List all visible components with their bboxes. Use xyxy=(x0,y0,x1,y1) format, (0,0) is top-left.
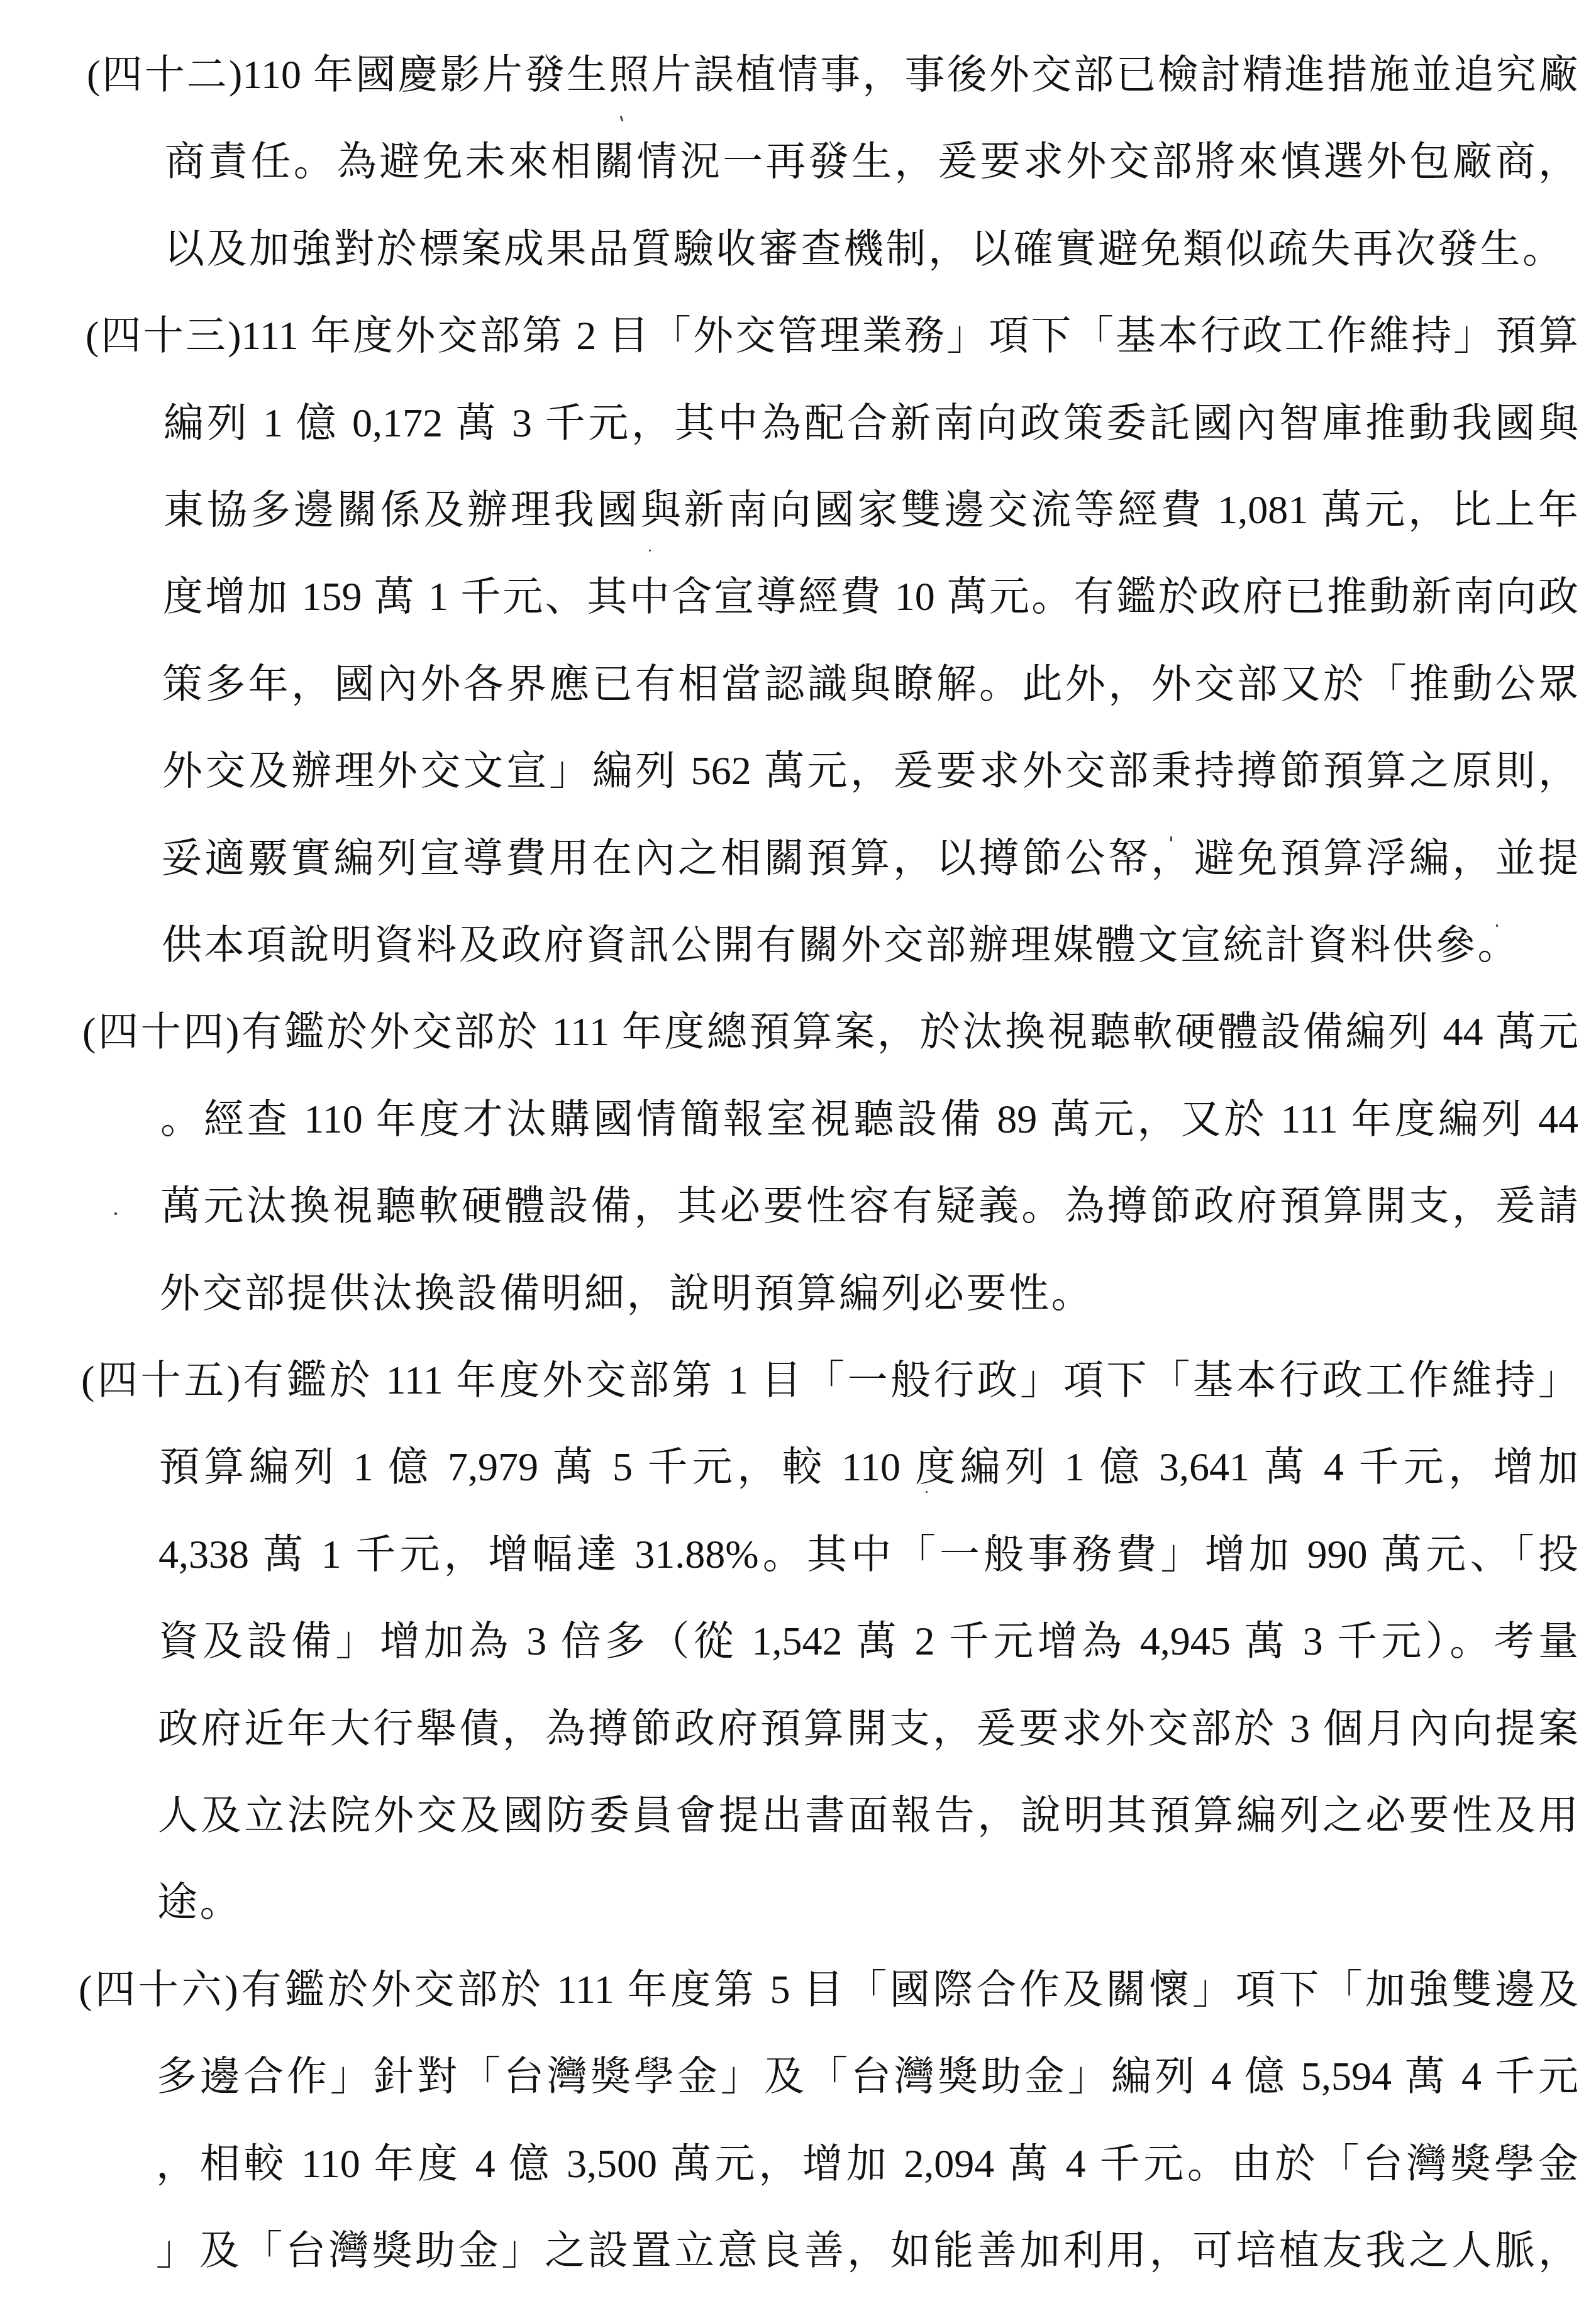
text-line: 商責任。為避免未來相關情況一再發生，爰要求外交部將來慎選外包廠商， xyxy=(165,136,1578,187)
scan-speck xyxy=(1496,924,1498,927)
text-line: 。經查 110 年度才汰購國情簡報室視聽設備 89 萬元，又於 111 年度編列… xyxy=(160,1094,1578,1145)
item-number: (四十三) xyxy=(86,313,241,358)
text-line: (四十二)110 年國慶影片發生照片誤植情事，事後外交部已檢討精進措施並追究廠 xyxy=(87,50,1578,100)
document-page: (四十二)110 年國慶影片發生照片誤植情事，事後外交部已檢討精進措施並追究廠 … xyxy=(0,0,1596,2318)
text-line: (四十六)有鑑於外交部於 111 年度第 5 目「國際合作及關懷」項下「加強雙邊… xyxy=(79,1965,1578,2015)
text-line: 供本項說明資料及政府資訊公開有關外交部辦理媒體文宣統計資料供參。 xyxy=(162,920,1578,970)
scan-speck xyxy=(620,116,624,121)
line-text: 有鑑於外交部於 111 年度第 5 目「國際合作及關懷」項下「加強雙邊及 xyxy=(238,1967,1578,2012)
text-line: 」及「台灣獎助金」之設置立意良善，如能善加利用，可培植友我之人脈， xyxy=(156,2226,1578,2276)
scan-speck xyxy=(114,1212,117,1215)
text-line: 外交及辦理外交文宣」編列 562 萬元，爰要求外交部秉持撙節預算之原則， xyxy=(162,746,1578,796)
text-line: 預算編列 1 億 7,979 萬 5 千元，較 110 度編列 1 億 3,64… xyxy=(159,1442,1578,1492)
line-text: 有鑑於 111 年度外交部第 1 目「一般行政」項下「基本行政工作維持」 xyxy=(240,1358,1578,1402)
text-line: 度增加 159 萬 1 千元、其中含宣導經費 10 萬元。有鑑於政府已推動新南向… xyxy=(163,572,1578,622)
text-line: 策多年，國內外各界應已有相當認識與瞭解。此外，外交部又於「推動公眾 xyxy=(162,659,1578,709)
text-line: 編列 1 億 0,172 萬 3 千元，其中為配合新南向政策委託國內智庫推動我國… xyxy=(163,398,1578,448)
text-line: 途。 xyxy=(157,1877,1578,1927)
scan-speck xyxy=(926,1491,928,1493)
text-line: 4,338 萬 1 千元，增幅達 31.88%。其中「一般事務費」增加 990 … xyxy=(158,1529,1578,1580)
line-text: 有鑑於外交部於 111 年度總預算案，於汰換視聽軟硬體設備編列 44 萬元 xyxy=(239,1009,1578,1054)
text-line: 妥適覈實編列宣導費用在內之相關預算，以撙節公帑，避免預算浮編，並提 xyxy=(162,833,1578,884)
text-line: 多邊合作」針對「台灣獎學金」及「台灣獎助金」編列 4 億 5,594 萬 4 千… xyxy=(157,2051,1578,2102)
line-text: 111 年度外交部第 2 目「外交管理業務」項下「基本行政工作維持」預算 xyxy=(241,313,1578,358)
item-number: (四十四) xyxy=(82,1009,239,1054)
text-line: (四十五)有鑑於 111 年度外交部第 1 目「一般行政」項下「基本行政工作維持… xyxy=(81,1355,1578,1406)
text-line: ，相較 110 年度 4 億 3,500 萬元，增加 2,094 萬 4 千元。… xyxy=(156,2139,1578,2189)
scan-speck xyxy=(649,550,651,552)
text-line: (四十三)111 年度外交部第 2 目「外交管理業務」項下「基本行政工作維持」預… xyxy=(86,311,1578,361)
text-line: 政府近年大行舉債，為撙節政府預算開支，爰要求外交部於 3 個月內向提案 xyxy=(158,1704,1578,1754)
text-line: 以及加強對於標案成果品質驗收審查機制，以確實避免類似疏失再次發生。 xyxy=(164,224,1578,274)
text-line: 外交部提供汰換設備明細，說明預算編列必要性。 xyxy=(160,1268,1578,1319)
item-number: (四十六) xyxy=(79,1967,238,2012)
item-number: (四十五) xyxy=(81,1358,240,1402)
item-number: (四十二) xyxy=(87,52,242,97)
scan-speck xyxy=(1170,836,1172,841)
text-line: 資及設備」增加為 3 倍多（從 1,542 萬 2 千元增為 4,945 萬 3… xyxy=(158,1616,1578,1666)
text-line: 萬元汰換視聽軟硬體設備，其必要性容有疑義。為撙節政府預算開支，爰請 xyxy=(160,1181,1578,1231)
text-line: (四十四)有鑑於外交部於 111 年度總預算案，於汰換視聽軟硬體設備編列 44 … xyxy=(82,1007,1578,1057)
line-text: 110 年國慶影片發生照片誤植情事，事後外交部已檢討精進措施並追究廠 xyxy=(242,52,1578,97)
text-line: 人及立法院外交及國防委員會提出書面報告，說明其預算編列之必要性及用 xyxy=(158,1790,1578,1841)
text-line: 東協多邊關係及辦理我國與新南向國家雙邊交流等經費 1,081 萬元，比上年 xyxy=(163,485,1578,535)
